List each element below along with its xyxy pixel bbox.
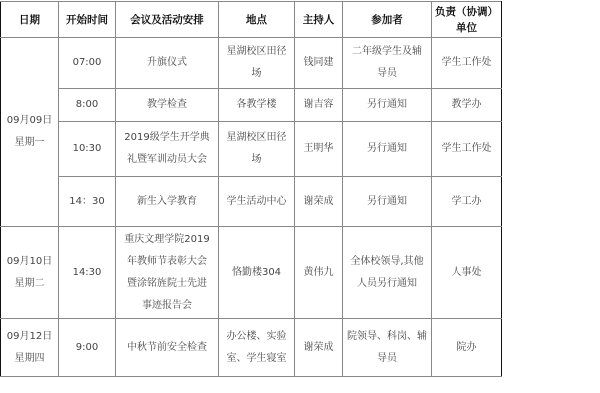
weekday-text: 星期一 [3, 132, 56, 154]
location-cell: 恪勤楼304 [219, 227, 295, 319]
event-cell: 教学检查 [116, 89, 219, 122]
header-event: 会议及活动安排 [116, 2, 219, 38]
date-text: 09月09日 [3, 110, 56, 132]
time-cell: 14：30 [59, 177, 116, 227]
date-cell: 09月10日 星期二 [1, 227, 59, 319]
table-row: 09月12日 星期四 9:00 中秋节前安全检查 办公楼、实验 室、学生寝室 谢… [1, 319, 502, 377]
participants-cell: 院领导、科岗、辅 导员 [343, 319, 432, 377]
location-cell: 学生活动中心 [219, 177, 295, 227]
participants-cell: 全体校领导,其他 人员另行通知 [343, 227, 432, 319]
table-row: 10:30 2019级学生开学典 礼暨军训动员大会 星湖校区田径 场 王明华 另… [1, 122, 502, 177]
host-cell: 黄伟九 [295, 227, 343, 319]
unit-cell: 学生工作处 [432, 122, 502, 177]
host-cell: 谢荣成 [295, 319, 343, 377]
participants-cell: 另行通知 [343, 177, 432, 227]
header-unit-line-2: 单位 [434, 20, 499, 36]
unit-cell: 院办 [432, 319, 502, 377]
location-cell: 星湖校区田径 场 [219, 38, 295, 89]
time-cell: 10:30 [59, 122, 116, 177]
schedule-table: 日期 开始时间 会议及活动安排 地点 主持人 参加者 负责（协调） 单位 09月… [0, 1, 502, 377]
table-row: 8:00 教学检查 各教学楼 谢吉容 另行通知 教学办 [1, 89, 502, 122]
weekday-text: 星期四 [3, 348, 56, 370]
time-cell: 07:00 [59, 38, 116, 89]
event-cell: 新生入学教育 [116, 177, 219, 227]
weekday-text: 星期二 [3, 273, 56, 295]
header-date: 日期 [1, 2, 59, 38]
event-cell: 重庆文理学院2019 年教师节表彰大会 暨涂铭旌院士先进 事迹报告会 [116, 227, 219, 319]
unit-cell: 人事处 [432, 227, 502, 319]
time-cell: 8:00 [59, 89, 116, 122]
header-responsible-unit: 负责（协调） 单位 [432, 2, 502, 38]
date-text: 09月10日 [3, 251, 56, 273]
unit-cell: 教学办 [432, 89, 502, 122]
event-cell: 中秋节前安全检查 [116, 319, 219, 377]
host-cell: 王明华 [295, 122, 343, 177]
unit-cell: 学生工作处 [432, 38, 502, 89]
time-cell: 14:30 [59, 227, 116, 319]
date-cell: 09月09日 星期一 [1, 38, 59, 227]
location-cell: 各教学楼 [219, 89, 295, 122]
host-cell: 谢荣成 [295, 177, 343, 227]
header-start-time: 开始时间 [59, 2, 116, 38]
table-row: 09月09日 星期一 07:00 升旗仪式 星湖校区田径 场 钱同建 二年级学生… [1, 38, 502, 89]
time-cell: 9:00 [59, 319, 116, 377]
header-row: 日期 开始时间 会议及活动安排 地点 主持人 参加者 负责（协调） 单位 [1, 2, 502, 38]
date-text: 09月12日 [3, 326, 56, 348]
header-location: 地点 [219, 2, 295, 38]
event-cell: 2019级学生开学典 礼暨军训动员大会 [116, 122, 219, 177]
table-row: 14：30 新生入学教育 学生活动中心 谢荣成 另行通知 学工办 [1, 177, 502, 227]
header-participants: 参加者 [343, 2, 432, 38]
table-row: 09月10日 星期二 14:30 重庆文理学院2019 年教师节表彰大会 暨涂铭… [1, 227, 502, 319]
host-cell: 钱同建 [295, 38, 343, 89]
header-host: 主持人 [295, 2, 343, 38]
participants-cell: 另行通知 [343, 89, 432, 122]
date-cell: 09月12日 星期四 [1, 319, 59, 377]
location-cell: 星湖校区田径 场 [219, 122, 295, 177]
event-cell: 升旗仪式 [116, 38, 219, 89]
unit-cell: 学工办 [432, 177, 502, 227]
participants-cell: 另行通知 [343, 122, 432, 177]
participants-cell: 二年级学生及辅 导员 [343, 38, 432, 89]
header-unit-line-1: 负责（协调） [434, 4, 499, 20]
host-cell: 谢吉容 [295, 89, 343, 122]
location-cell: 办公楼、实验 室、学生寝室 [219, 319, 295, 377]
